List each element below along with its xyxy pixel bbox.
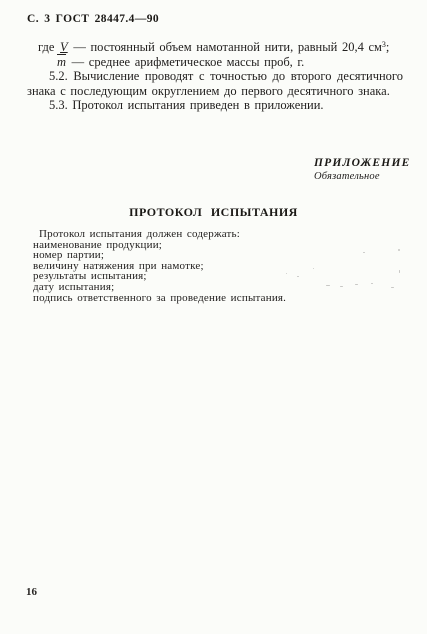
scan-speckle [313,268,314,269]
definition-line-m: m — среднее арифметическое массы проб, г… [27,55,403,70]
paragraph-5-3: 5.3. Протокол испытания приведен в прило… [27,98,403,113]
scan-speckle [286,273,287,274]
definition-m-text: — среднее арифметическое массы проб, г. [72,55,305,69]
list-item: дату испытания; [33,282,353,293]
protocol-list-intro: Протокол испытания должен содержать: [33,229,353,240]
annex-title: ПРИЛОЖЕНИЕ [314,157,410,169]
where-label: где [38,40,54,54]
protocol-section-title: ПРОТОКОЛ ИСПЫТАНИЯ [0,205,427,220]
annex-subtitle: Обязательное [314,171,410,182]
scan-speckle [355,284,358,285]
definition-v-text: — постоянный объем намотанной нити, равн… [73,40,382,54]
annex-heading-block: ПРИЛОЖЕНИЕ Обязательное [314,157,410,182]
scan-speckle [371,283,373,284]
page-number: 16 [26,586,37,598]
page-header-gost-number: С. 3 ГОСТ 28447.4—90 [27,13,159,25]
scan-speckle [340,286,343,287]
scan-speckle [363,252,365,253]
scan-speckle [297,276,299,277]
document-page: С. 3 ГОСТ 28447.4—90 где V — постоянный … [0,0,427,634]
paragraph-5-2: 5.2. Вычисление проводят с точностью до … [27,69,403,98]
definition-line-v: где V — постоянный объем намотанной нити… [27,40,403,55]
variable-m-bar: m [56,55,67,69]
protocol-requirements-list: Протокол испытания должен содержать: наи… [33,229,353,303]
scan-speckle [398,249,400,251]
scan-speckle [326,285,330,286]
definition-v-tail: ; [386,40,389,54]
body-text-block: где V — постоянный объем намотанной нити… [27,40,403,113]
scan-speckle [391,287,394,288]
scan-speckle [399,270,400,273]
variable-v: V [59,40,69,54]
list-item: подпись ответственного за проведение исп… [33,293,353,304]
